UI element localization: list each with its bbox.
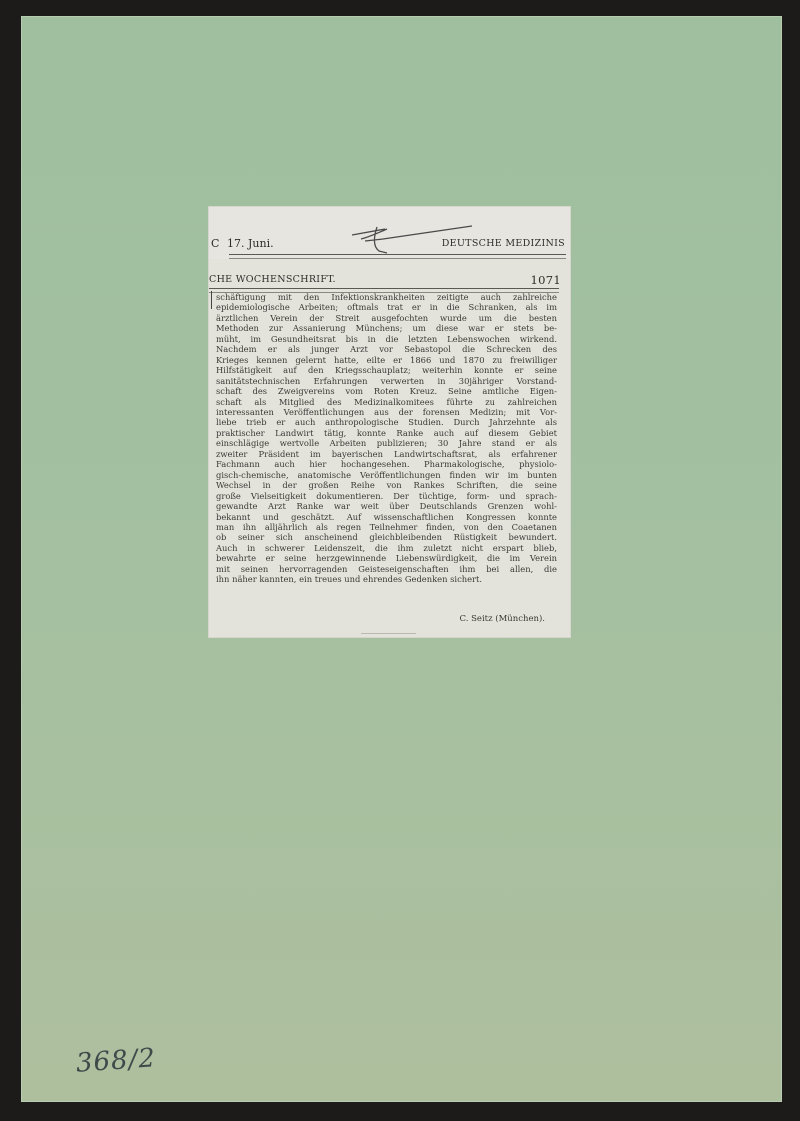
issue-date: 17. Juni. — [227, 237, 274, 250]
text-line: zweiter Präsident im bayerischen Landwir… — [216, 449, 557, 459]
text-line: praktischer Landwirt tätig, konnte Ranke… — [216, 428, 557, 438]
text-line: man ihn alljährlich als regen Teilnehmer… — [216, 522, 557, 532]
text-line: schaft des Zweigvereins vom Roten Kreuz.… — [216, 386, 557, 396]
text-line: interessanten Veröffentlichungen aus der… — [216, 407, 557, 417]
text-line: schäftigung mit den Infektionskrankheite… — [216, 292, 557, 302]
text-line: mit seinen hervorragenden Geisteseigensc… — [216, 564, 557, 574]
journal-title-part2: CHE WOCHENSCHRIFT. — [209, 274, 336, 285]
header-rule-top — [229, 254, 566, 259]
text-line: ärztlichen Verein der Streit ausgefochte… — [216, 313, 557, 323]
text-line: epidemiologische Arbeiten; oftmals trat … — [216, 302, 557, 312]
page-number: 1071 — [531, 273, 561, 287]
text-line: große Vielseitigkeit dokumentieren. Der … — [216, 491, 557, 501]
text-line: bekannt und geschätzt. Auf wissenschaftl… — [216, 512, 557, 522]
text-line: müht, im Gesundheitsrat bis in die letzt… — [216, 334, 557, 344]
text-line: Wechsel in der großen Reihe von Rankes S… — [216, 480, 557, 490]
text-line: bewahrte er seine herzgewinnende Liebens… — [216, 553, 557, 563]
text-line: Fachmann auch hier hochangesehen. Pharma… — [216, 459, 557, 469]
column-rule — [211, 291, 212, 309]
text-line: gisch-chemische, anatomische Veröffentli… — [216, 470, 557, 480]
text-line: schaft als Mitglied des Medizinalkomitee… — [216, 397, 557, 407]
running-header-top: C 17. Juni. DEUTSCHE MEDIZINIS — [209, 237, 565, 255]
text-line: sanitätstechnischen Erfahrungen verwerte… — [216, 376, 557, 386]
text-line: einschlägige wertvolle Arbeiten publizie… — [216, 438, 557, 448]
text-line: liebe trieb er auch anthropologische Stu… — [216, 417, 557, 427]
author-signature: C. Seitz (München). — [460, 614, 546, 624]
running-header-bottom: CHE WOCHENSCHRIFT. 1071 — [209, 273, 561, 289]
closing-rule — [361, 633, 416, 634]
text-line: Hilfstätigkeit auf den Kriegsschauplatz;… — [216, 365, 557, 375]
text-line: Auch in schwerer Leidenszeit, die ihm zu… — [216, 543, 557, 553]
text-line: ob seiner sich anscheinend gleichbleiben… — [216, 532, 557, 542]
text-line: Krieges kennen gelernt hatte, eilte er 1… — [216, 355, 557, 365]
text-line: gewandte Arzt Ranke war weit über Deutsc… — [216, 501, 557, 511]
text-line: Methoden zur Assanierung Münchens; um di… — [216, 323, 557, 333]
newspaper-clipping: C 17. Juni. DEUTSCHE MEDIZINIS CHE WOCHE… — [209, 207, 570, 637]
journal-title-part1: DEUTSCHE MEDIZINIS — [442, 238, 565, 249]
header-fragment: C — [211, 237, 219, 250]
text-line: ihn näher kannten, ein treues und ehrend… — [216, 574, 557, 584]
text-line: Nachdem er als junger Arzt vor Sebastopo… — [216, 344, 557, 354]
archive-shelf-number: 368/2 — [75, 1043, 157, 1079]
obituary-body: schäftigung mit den Infektionskrankheite… — [216, 292, 557, 585]
